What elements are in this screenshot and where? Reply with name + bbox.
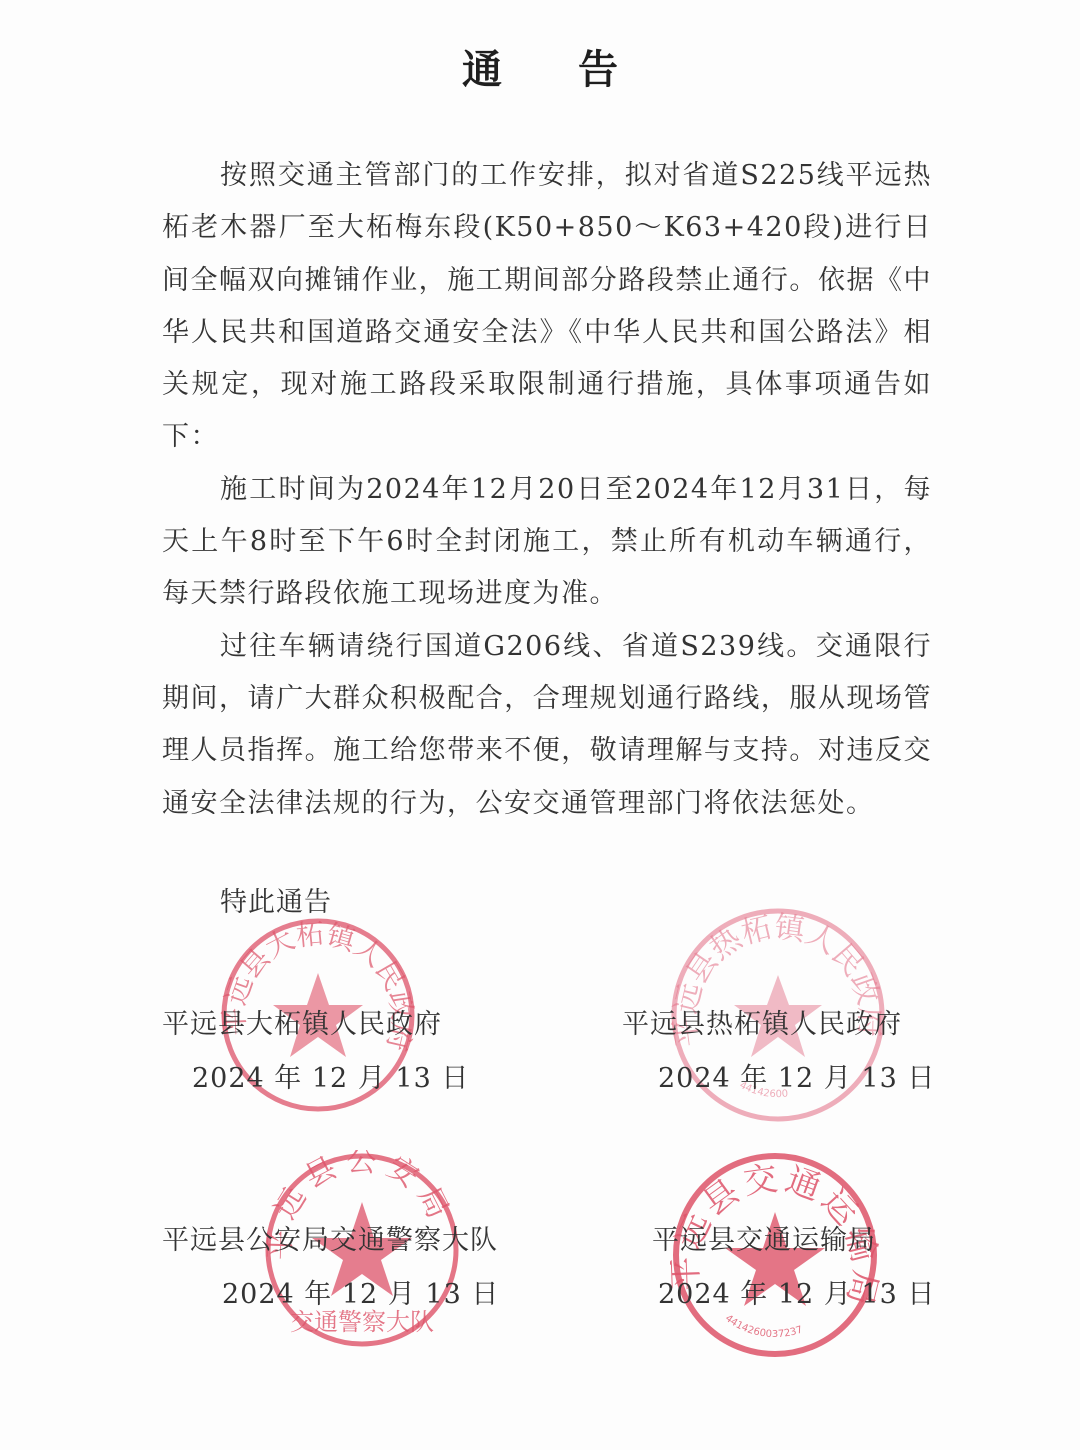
paragraph-1: 按照交通主管部门的工作安排，拟对省道S225线平远热柘老木器厂至大柘梅东段(K5…: [162, 150, 932, 464]
signature-org-3: 平远县公安局交通警察大队: [162, 1218, 498, 1257]
document-title: 通告: [0, 38, 1080, 95]
signature-date-3: 2024 年 12 月 13 日: [222, 1272, 499, 1311]
svg-text:4414260037237: 4414260037237: [723, 1313, 804, 1340]
notice-body: 按照交通主管部门的工作安排，拟对省道S225线平远热柘老木器厂至大柘梅东段(K5…: [162, 150, 932, 830]
signature-org-4: 平远县交通运输局: [652, 1218, 876, 1257]
signature-date-2: 2024 年 12 月 13 日: [658, 1056, 935, 1095]
title-char-1: 通: [462, 38, 502, 95]
signature-org-2: 平远县热柘镇人民政府: [622, 1002, 902, 1041]
closing-text: 特此通告: [220, 880, 332, 919]
notice-document: 通告 按照交通主管部门的工作安排，拟对省道S225线平远热柘老木器厂至大柘梅东段…: [0, 0, 1080, 1450]
title-char-2: 告: [578, 38, 618, 95]
paragraph-3: 过往车辆请绕行国道G206线、省道S239线。交通限行期间，请广大群众积极配合，…: [162, 621, 932, 830]
svg-text:交通警察大队: 交通警察大队: [290, 1308, 434, 1336]
signature-date-1: 2024 年 12 月 13 日: [192, 1056, 469, 1095]
signature-date-4: 2024 年 12 月 13 日: [658, 1272, 935, 1311]
paragraph-2: 施工时间为2024年12月20日至2024年12月31日，每天上午8时至下午6时…: [162, 464, 932, 621]
signature-org-1: 平远县大柘镇人民政府: [162, 1002, 442, 1041]
